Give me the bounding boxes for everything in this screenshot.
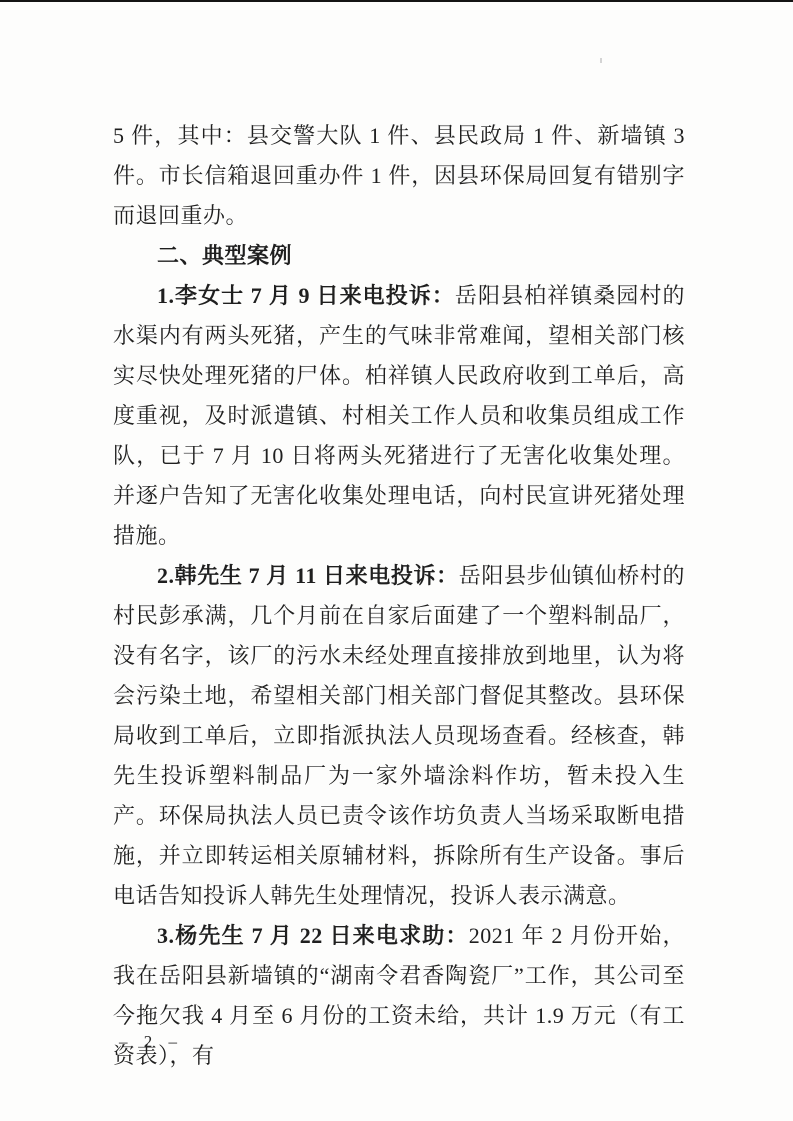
continuation-paragraph: 5 件，其中：县交警大队 1 件、县民政局 1 件、新墙镇 3 件。市长信箱退回… [113,116,685,236]
case-2-body: 岳阳县步仙镇仙桥村的村民彭承满，几个月前在自家后面建了一个塑料制品厂，没有名字，… [113,563,685,908]
case-paragraph-3: 3.杨先生 7 月 22 日来电求助：2021 年 2 月份开始，我在岳阳县新墙… [113,916,685,1076]
case-3-lead: 3.杨先生 7 月 22 日来电求助： [157,923,469,948]
document-body: 5 件，其中：县交警大队 1 件、县民政局 1 件、新墙镇 3 件。市长信箱退回… [113,116,685,1076]
case-paragraph-1: 1.李女士 7 月 9 日来电投诉：岳阳县柏祥镇桑园村的水渠内有两头死猪，产生的… [113,276,685,556]
scan-artifact-speck [600,58,602,63]
case-paragraph-2: 2.韩先生 7 月 11 日来电投诉：岳阳县步仙镇仙桥村的村民彭承满，几个月前在… [113,556,685,916]
section-heading: 二、典型案例 [113,236,685,276]
scan-artifact-top-edge [0,0,793,2]
case-1-lead: 1.李女士 7 月 9 日来电投诉： [157,283,455,308]
case-2-lead: 2.韩先生 7 月 11 日来电投诉： [157,563,459,588]
page-number: – 2 – [119,1030,183,1054]
document-page: 5 件，其中：县交警大队 1 件、县民政局 1 件、新墙镇 3 件。市长信箱退回… [0,0,793,1121]
case-1-body: 岳阳县柏祥镇桑园村的水渠内有两头死猪，产生的气味非常难闻，望相关部门核实尽快处理… [113,283,685,548]
